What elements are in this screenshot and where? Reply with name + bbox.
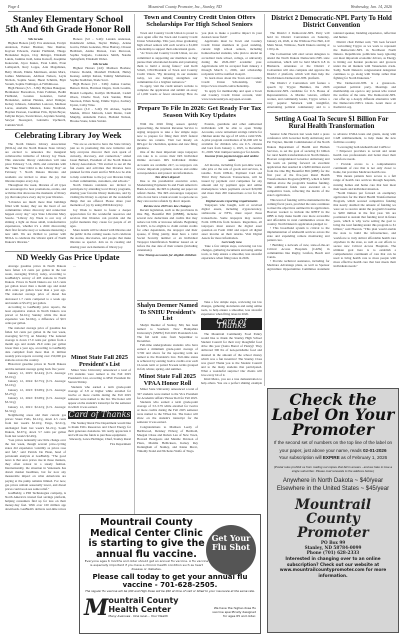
grade5-high: High Honors (3.5 - 3.99): Brynlee Bakegu… bbox=[5, 86, 66, 126]
column-right: District 2 Democratic-NPL Party To Hold … bbox=[267, 15, 396, 387]
article-tax-season: Prepare To File In 2026: Get Ready For T… bbox=[137, 106, 262, 261]
paragraph: This means patients have access to a ful… bbox=[334, 174, 397, 190]
price-nd: Anywhere in North Dakota ~ $40/year bbox=[271, 477, 395, 486]
paragraph: One of the most important steps taxpayer… bbox=[137, 150, 198, 174]
paragraph: This level of funding will be maintained… bbox=[267, 198, 330, 226]
expire-word: EXPIRE bbox=[323, 455, 340, 460]
gas-history-row: January 12, 2023: $3.08/g (U.S. Average:… bbox=[5, 388, 66, 396]
flu-shot-badge-icon: Get Your Flu Shot bbox=[206, 525, 256, 575]
column-left-inner: Minot State Fall 2025 President's List M… bbox=[68, 355, 131, 510]
clinic-tagline: Many Avenues · One Goal... Your Health bbox=[108, 614, 210, 618]
paragraph: "We are so excited to have the State Lib… bbox=[70, 142, 131, 182]
paragraph: "At Town and Country Credit Union, we ar… bbox=[137, 51, 198, 83]
paragraph: The Stanley Rural Fire Department would … bbox=[68, 421, 131, 437]
paragraph: The District 2 Democratic-NPL Party will… bbox=[267, 31, 330, 51]
paragraph: North Dakota residents are invited to pa… bbox=[70, 183, 131, 207]
paragraph: "Libraries are much more than buildings … bbox=[5, 200, 66, 245]
card-of-thanks-banner: Card of Thanks bbox=[201, 318, 262, 330]
paragraph: • Empower providers to recruit and retai… bbox=[334, 149, 397, 161]
gas-history-row: January 12, 2022: $3.08/g (U.S. Average:… bbox=[5, 396, 66, 404]
ad-clinic-headline: Mountrail County Medical Center Clinic i… bbox=[84, 518, 209, 560]
paragraph: "North Dakota put forward an exemplary a… bbox=[334, 191, 397, 268]
divider bbox=[5, 251, 131, 252]
paragraph: District chair Palmer said, "We look for… bbox=[334, 40, 397, 80]
article-district2: District 2 Democratic-NPL Party To Hold … bbox=[267, 15, 396, 109]
issue-date: Wednesday, Jan. 14, 2026 bbox=[351, 4, 392, 11]
paragraph: "Gas prices nationally saw little change… bbox=[5, 438, 66, 491]
paragraph: Full-time undergraduate students who hav… bbox=[137, 343, 198, 371]
clinic-note: We have the higher-dose flu vaccine spec… bbox=[211, 606, 256, 618]
paragraph: The North Dakota Library Association (ND… bbox=[5, 142, 66, 182]
grade5-honors: Honors (3.0 - 3.49): Landen Anderson, Da… bbox=[70, 37, 131, 61]
grade6-honors: Honors (3.0 - 3.49): Eli Aldous, Sophie … bbox=[70, 107, 131, 123]
paragraph: Take a few simple steps, reviewing tax l… bbox=[202, 244, 263, 260]
paragraph: Throughout the week, libraries of all ty… bbox=[5, 183, 66, 199]
ad-promo-label-text: If the second set of numbers on the top … bbox=[271, 439, 395, 454]
headline-vpaa: Minot State Fall 2025 VPAA Honor Roll bbox=[137, 374, 198, 387]
divider bbox=[137, 103, 262, 104]
paragraph: Shalyn Deemer of Stanley, ND, has been n… bbox=[137, 323, 198, 343]
paragraph: Applicants must be Town and Country Cred… bbox=[202, 39, 263, 75]
article-shalyn-deemer: Shalyn Deemer Named To SNHU President's … bbox=[137, 303, 198, 371]
clinic-logo-name: ountrail County Health Center bbox=[108, 596, 210, 614]
paragraph: Minot State University announced a total… bbox=[137, 387, 198, 399]
article-vpaa-honor-roll: Minot State Fall 2025 VPAA Honor Roll Mi… bbox=[137, 374, 198, 453]
expire-pre: Your subscription will bbox=[279, 455, 322, 460]
divider bbox=[5, 129, 131, 130]
paragraph: To learn more about the Town and Country… bbox=[202, 76, 263, 88]
divider bbox=[137, 300, 198, 301]
card-of-thanks-food-pantry: Take a few simple steps, reviewing tax l… bbox=[201, 300, 262, 385]
paragraph: Recent legislation, such as the provisio… bbox=[137, 208, 198, 253]
article-minot-presidents-list: Minot State Fall 2025 President's List M… bbox=[68, 355, 131, 409]
ad-flu-vaccine: Mountrail County Medical Center Clinic i… bbox=[79, 514, 261, 634]
paragraph: • Leveraging both telehealth and CAHs to… bbox=[334, 145, 397, 149]
paragraph: All income, including from part-time wor… bbox=[202, 163, 263, 199]
expire-post: as of February 1, 2026 bbox=[341, 455, 387, 460]
paragraph: • Building a network of new, state-of-th… bbox=[267, 243, 330, 259]
paragraph: Students who earned a term grade-point a… bbox=[137, 400, 198, 424]
gas-history-row: January 12, 2021: $2.22/g (U.S. Average:… bbox=[5, 405, 66, 413]
label-date-code: 02-01-2026 bbox=[363, 448, 387, 453]
article-honor-roll: Stanley Elementary School 5th And 6th Gr… bbox=[5, 15, 131, 127]
article-library: Celebrating Library Joy Week The North D… bbox=[5, 132, 131, 249]
clinic-logo-mark-icon: M bbox=[84, 598, 108, 618]
paragraph: Joy Week is meant to foster a deeper app… bbox=[70, 208, 131, 228]
signature: Sincerely, Lance Hollinger, Chief, Stanl… bbox=[68, 437, 131, 445]
paragraph: Due to the presidential executive order,… bbox=[137, 179, 198, 203]
paragraph: Students who earned a term grade-point a… bbox=[68, 385, 131, 409]
column-middle-lower: Shalyn Deemer Named To SNHU President's … bbox=[137, 300, 198, 512]
paragraph: • This broadband system is critical to t… bbox=[267, 226, 330, 242]
card-of-thanks-banner: Card of Thanks bbox=[68, 411, 131, 419]
clinic-logo: M ountrail County Health Center Many Ave… bbox=[84, 596, 256, 618]
grade5-highest: Highest Honors (4.0): Eva Anderson, Evel… bbox=[5, 41, 66, 86]
headline-library: Celebrating Library Joy Week bbox=[5, 132, 131, 141]
paragraph: According to GasBuddy price reports, the… bbox=[5, 305, 66, 325]
article-rural-health: Setting A Goal To Secure $1 Billion For … bbox=[267, 116, 396, 271]
headline-gas: ND Weekly Gas Price Update bbox=[5, 254, 131, 263]
paragraph: Average gasoline prices in North Dakota … bbox=[5, 264, 66, 304]
paragraph: The Mountrail Community Food Pantry woul… bbox=[201, 332, 262, 377]
grade6-high: High Honors (3.5 - 3.99): Joshua Coulter… bbox=[70, 82, 131, 106]
ad-promo-online: Interested in changing over to an online… bbox=[271, 556, 395, 578]
paragraph: Taxpayers who bought, sold or received d… bbox=[202, 203, 263, 239]
paragraph: • Provide access to a comprehensive cont… bbox=[334, 162, 397, 174]
paragraph: Parents, guardians and other authorized … bbox=[202, 122, 263, 154]
page-number: Page 4 bbox=[8, 4, 19, 11]
paragraph: More details will be shared with librari… bbox=[70, 228, 131, 248]
paragraph: Kind Metro, you are a true demonstration… bbox=[201, 377, 262, 385]
ad-promo-title: Check the Label On Your Promoter bbox=[271, 392, 395, 437]
headline-credit-union: Town and Country Credit Union Offers Sch… bbox=[137, 15, 262, 29]
ad-clinic-body: Everyone ages 6 months and older should … bbox=[84, 560, 209, 571]
ad-subscription: Check the Label On Your Promoter If the … bbox=[267, 388, 399, 633]
paragraph: GasBuddy, a PDI Technologies company, is… bbox=[5, 491, 66, 510]
paragraph: The Convention will elect seven delegate… bbox=[267, 52, 330, 80]
paragraph: The national average price of gasoline h… bbox=[5, 326, 66, 362]
paragraph: Minot State University announced a total… bbox=[68, 368, 131, 384]
grade6-highest: Highest Honors (4.0): Madison Boshaw, Ch… bbox=[70, 66, 131, 82]
ad-clinic-call: Please call today to get your annual flu… bbox=[84, 573, 256, 589]
paragraph: The Democratic-NPL is a grassroots-organ… bbox=[334, 81, 397, 109]
column-divider bbox=[264, 14, 265, 386]
paragraph: Neighboring areas and their current gas … bbox=[5, 413, 66, 437]
article-credit-union: Town and Country Credit Union Offers Sch… bbox=[137, 15, 262, 101]
paragraph: Historical gasoline prices in North Dako… bbox=[5, 362, 66, 370]
headline-tax: Prepare To File In 2026: Get Ready For T… bbox=[137, 106, 262, 120]
headline-minot-presidents: Minot State Fall 2025 President's List bbox=[68, 355, 131, 368]
paragraph: Congratulations to Madison Leedy of Bert… bbox=[137, 425, 198, 453]
ad-promo-name: Mountrail County Promoter bbox=[271, 498, 395, 540]
ad-promo-expire-text: Your subscription will EXPIRE as of Febr… bbox=[271, 454, 395, 462]
ad-clinic-fine-print: The regular flu vaccine will be $30 and … bbox=[84, 589, 256, 593]
publisher-line: Mountrail County Promoter, Inc., Stanley… bbox=[148, 4, 222, 11]
gas-history-row: January 12, 2025: $2.44/g (U.S. Average:… bbox=[5, 371, 66, 379]
ad-promo-postal-note: (Postal rules prohibit us from mailing o… bbox=[271, 465, 395, 474]
paragraph: To apply for membership and open a Town … bbox=[202, 89, 263, 101]
headline-honor-roll: Stanley Elementary School 5th And 6th Gr… bbox=[5, 15, 131, 35]
gas-history-row: January 12, 2024: $2.75/g (U.S. Average:… bbox=[5, 379, 66, 387]
headline-shalyn: Shalyn Deemer Named To SNHU President's … bbox=[137, 303, 198, 323]
page-folio: Page 4 Mountrail County Promoter, Inc., … bbox=[8, 4, 392, 12]
paragraph: Town and Country Credit Union is proud t… bbox=[137, 31, 198, 51]
paragraph: Take a few simple steps, reviewing tax l… bbox=[201, 300, 262, 316]
divider bbox=[267, 112, 396, 113]
paragraph: With the 2026 filing season quickly appr… bbox=[137, 122, 198, 150]
column-divider bbox=[134, 14, 135, 514]
headline-district2: District 2 Democratic-NPL Party To Hold … bbox=[267, 15, 396, 29]
subhead: Income from payment apps and online sale… bbox=[202, 154, 263, 162]
ad-promo-phone: Phone (701) 628-2333 bbox=[271, 550, 395, 555]
headline-rural-health: Setting A Goal To Secure $1 Billion For … bbox=[267, 116, 396, 130]
paragraph: Senator John Hoeven last week held a pre… bbox=[267, 132, 330, 197]
price-us: Elsewhere in the United States ~ $45/yea… bbox=[271, 485, 395, 494]
subhead: New Trump accounts for eligible children bbox=[137, 253, 198, 257]
